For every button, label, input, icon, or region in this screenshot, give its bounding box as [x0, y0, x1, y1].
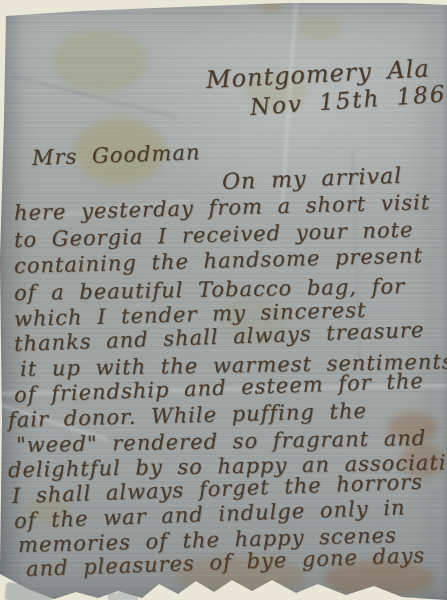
letter-opening-line: On my arrival: [222, 164, 403, 195]
paper-stain: [298, 16, 342, 40]
letter-paper: Montgomery Ala Nov 15th 1863 Mrs Goodman…: [0, 0, 447, 600]
scanned-letter-photo: Montgomery Ala Nov 15th 1863 Mrs Goodman…: [0, 0, 447, 600]
letter-salutation: Mrs Goodman: [32, 140, 201, 170]
paper-stain: [52, 30, 147, 92]
